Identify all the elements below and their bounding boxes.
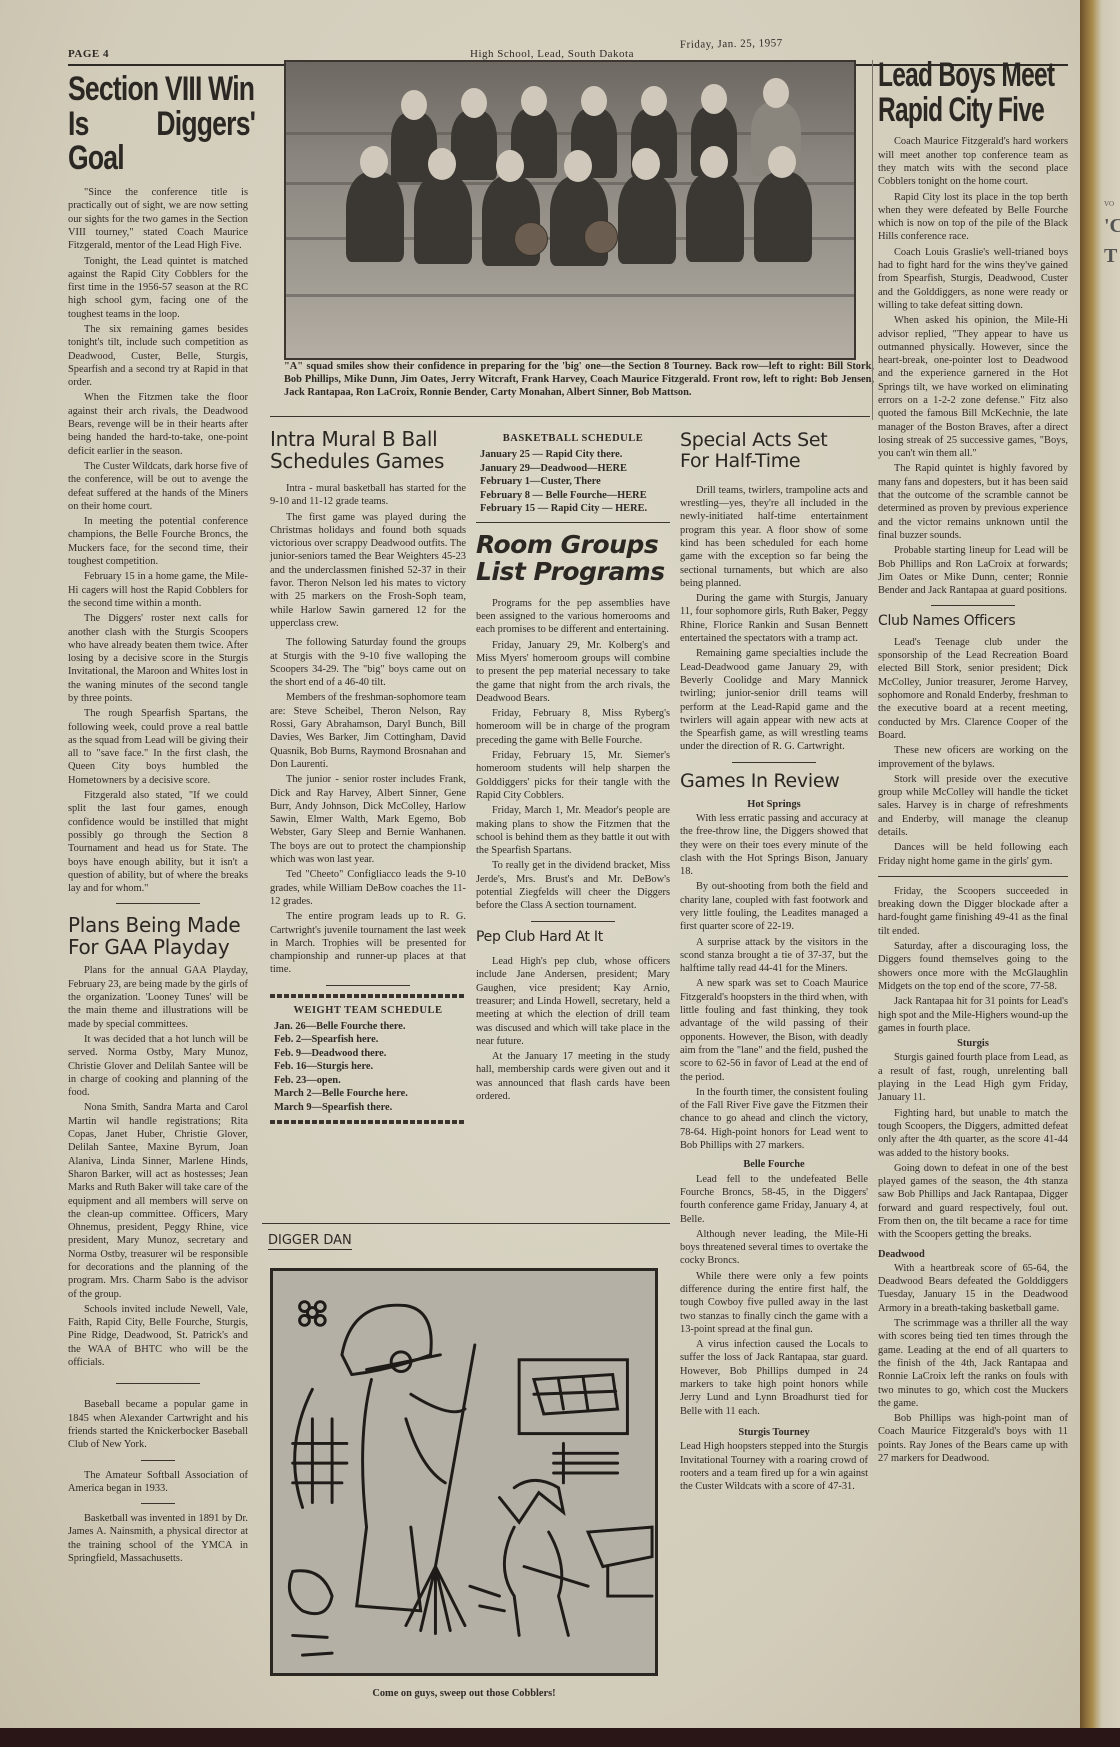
column-4: Special Acts Set For Half-Time Drill tea… bbox=[680, 430, 868, 1495]
weight-team-schedule: WEIGHT TEAM SCHEDULE Jan. 26—Belle Fourc… bbox=[270, 1004, 466, 1115]
team-photo bbox=[284, 60, 856, 360]
headline: Lead Boys Meet Rapid City Five bbox=[878, 58, 1067, 127]
schedule-item: Feb. 9—Deadwood there. bbox=[270, 1047, 466, 1061]
cartoon-caption: Come on guys, sweep out those Cobblers! bbox=[270, 1688, 658, 1699]
issue-date: Friday, Jan. 25, 1957 bbox=[680, 37, 783, 51]
schedule-item: Feb. 16—Sturgis here. bbox=[270, 1060, 466, 1074]
page-number: PAGE 4 bbox=[68, 48, 109, 60]
article-club-officers: Club Names Officers Lead's Teenage club … bbox=[878, 614, 1068, 867]
divider bbox=[116, 1383, 200, 1384]
schedule-item: February 1—Custer, There bbox=[476, 475, 670, 489]
article-review-continued: Friday, the Scoopers succeeded in breaki… bbox=[878, 885, 1068, 1465]
headline: Section VIII Win Is Diggers' Goal bbox=[68, 72, 255, 176]
divider bbox=[732, 762, 816, 763]
newspaper-page: PAGE 4 High School, Lead, South Dakota F… bbox=[0, 0, 1095, 1730]
subhead-sturgis-tourney: Sturgis Tourney bbox=[680, 1426, 868, 1439]
article-lead-boys-meet: Lead Boys Meet Rapid City Five Coach Mau… bbox=[878, 58, 1068, 597]
publication-name: High School, Lead, South Dakota bbox=[470, 48, 634, 60]
divider bbox=[262, 1223, 670, 1224]
divider bbox=[476, 522, 670, 523]
adjacent-page-edge: VO 'C T bbox=[1080, 0, 1120, 1747]
basketball-icon bbox=[584, 220, 618, 254]
basketball-schedule: BASKETBALL SCHEDULE January 25 — Rapid C… bbox=[476, 432, 670, 516]
article-games-in-review: Games In Review Hot Springs With less er… bbox=[680, 771, 868, 1494]
schedule-item: February 8 — Belle Fourche—HERE bbox=[476, 489, 670, 503]
photo-caption: "A" squad smiles show their confidence i… bbox=[284, 360, 874, 399]
cartoon-drawing-icon bbox=[273, 1271, 655, 1673]
schedule-item: January 29—Deadwood—HERE bbox=[476, 462, 670, 476]
article-special-acts: Special Acts Set For Half-Time Drill tea… bbox=[680, 430, 868, 754]
schedule-item: March 2—Belle Fourche here. bbox=[270, 1087, 466, 1101]
divider-wavy bbox=[270, 994, 466, 998]
article-body: "Since the conference title is practical… bbox=[68, 186, 248, 895]
schedule-item: March 9—Spearfish there. bbox=[270, 1101, 466, 1115]
headline: Games In Review bbox=[680, 771, 868, 792]
filler-softball: The Amateur Softball Association of Amer… bbox=[68, 1469, 248, 1496]
divider bbox=[326, 985, 410, 986]
article-intramural: Intra Mural B Ball Schedules Games Intra… bbox=[270, 428, 466, 1130]
headline: Room Groups List Programs bbox=[476, 531, 670, 585]
divider bbox=[141, 1503, 175, 1504]
column-divider bbox=[872, 60, 873, 420]
divider bbox=[116, 903, 200, 904]
filler-basketball: Basketball was invented in 1891 by Dr. J… bbox=[68, 1512, 248, 1565]
article-pep-club: Pep Club Hard At It Lead High's pep club… bbox=[476, 930, 670, 1104]
divider bbox=[531, 921, 615, 922]
schedule-item: Feb. 23—open. bbox=[270, 1074, 466, 1088]
headline: Plans Being Made For GAA Playday bbox=[68, 914, 248, 958]
cartoon-title: DIGGER DAN bbox=[268, 1233, 352, 1250]
headline: Intra Mural B Ball Schedules Games bbox=[270, 428, 466, 472]
schedule-item: February 15 — Rapid City — HERE. bbox=[476, 502, 670, 516]
background-edge bbox=[0, 1728, 1120, 1747]
schedule-item: Jan. 26—Belle Fourche there. bbox=[270, 1020, 466, 1034]
schedule-item: Feb. 2—Spearfish here. bbox=[270, 1033, 466, 1047]
column-3: BASKETBALL SCHEDULE January 25 — Rapid C… bbox=[476, 432, 670, 1105]
article-room-groups: Room Groups List Programs Programs for t… bbox=[476, 531, 670, 913]
article-gaa-playday: Plans Being Made For GAA Playday Plans f… bbox=[68, 914, 248, 1369]
divider-wavy bbox=[270, 1120, 466, 1124]
article-section-viii: Section VIII Win Is Diggers' Goal "Since… bbox=[68, 72, 248, 1567]
schedule-item: January 25 — Rapid City there. bbox=[476, 448, 670, 462]
headline: Club Names Officers bbox=[878, 614, 1068, 629]
column-5: Lead Boys Meet Rapid City Five Coach Mau… bbox=[878, 58, 1068, 1467]
subhead-hot-springs: Hot Springs bbox=[680, 798, 868, 811]
digger-dan-cartoon bbox=[270, 1268, 658, 1676]
headline: Special Acts Set For Half-Time bbox=[680, 430, 868, 472]
divider bbox=[878, 876, 1068, 877]
divider bbox=[270, 416, 870, 417]
basketball-icon bbox=[514, 222, 548, 256]
subhead-sturgis: Sturgis bbox=[878, 1037, 1068, 1050]
divider bbox=[931, 605, 1015, 606]
subhead-deadwood: Deadwood bbox=[878, 1248, 1068, 1261]
subhead-belle-fourche: Belle Fourche bbox=[680, 1158, 868, 1171]
filler-baseball: Baseball became a popular game in 1845 w… bbox=[68, 1398, 248, 1451]
headline: Pep Club Hard At It bbox=[476, 930, 670, 945]
divider bbox=[141, 1460, 175, 1461]
